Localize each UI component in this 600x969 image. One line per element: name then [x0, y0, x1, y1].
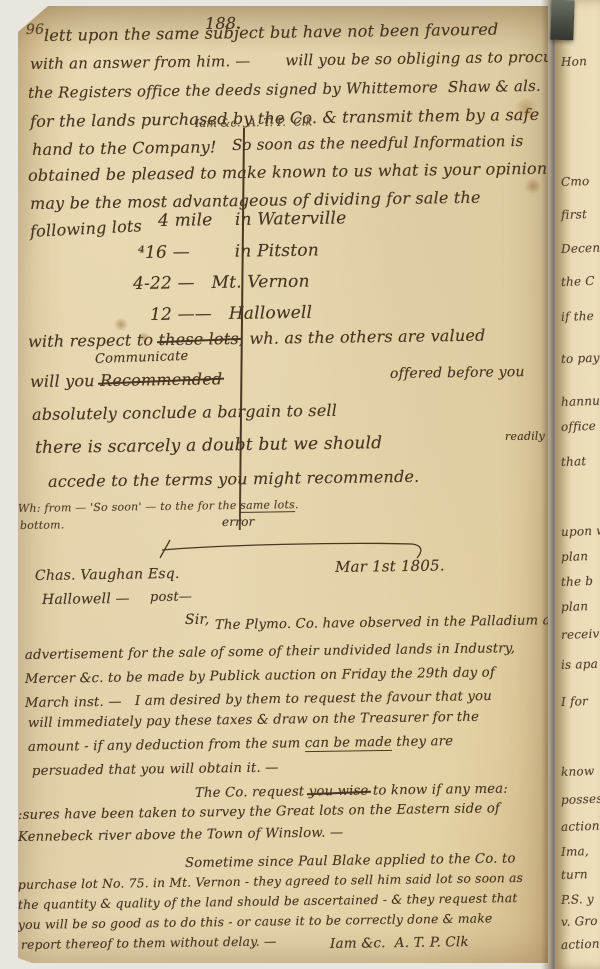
adjacent-page-fragment: receiv	[561, 627, 600, 642]
adjacent-page: HonCmofirstDecendethe Cif theto payhannu…	[556, 0, 600, 969]
manuscript-line: :sures have been taken to survey the Gre…	[18, 801, 500, 823]
paper-stain	[524, 178, 542, 194]
manuscript-line: I am desired by them to request the favo…	[135, 689, 492, 709]
letter-salutation: Sir,	[185, 612, 210, 628]
scanned-manuscript: 188. 96. lett upon the same subject but …	[0, 0, 600, 969]
letter-recipient: Chas. Vaughan Esq.	[35, 566, 180, 584]
adjacent-page-fragment: Decende	[561, 240, 600, 256]
adjacent-page-fragment: first	[561, 207, 587, 222]
manuscript-line: report thereof to them without delay. —	[21, 934, 277, 952]
adjacent-page-fragment: actions	[561, 818, 600, 834]
manuscript-line: persuaded that you will obtain it. —	[32, 761, 279, 779]
margin-note: bottom.	[20, 518, 65, 532]
adjacent-page-fragment: action	[561, 937, 600, 952]
adjacent-page-fragment: I for	[561, 694, 588, 709]
adjacent-page-fragment: that	[561, 454, 587, 469]
lot-entry: 4 mile in Waterville	[158, 208, 347, 231]
adjacent-page-fragment: know	[561, 764, 595, 779]
paper-stain	[113, 318, 129, 331]
adjacent-page-fragment: the b	[561, 574, 594, 589]
adjacent-page-fragment: plan	[561, 549, 589, 564]
manuscript-line: will you Recommended	[30, 369, 223, 391]
manuscript-line: The Co. request you wise to know if any …	[195, 782, 508, 801]
interlinear-correction: Communicate	[95, 349, 189, 367]
adjacent-page-fragment: hannu	[561, 394, 600, 409]
underlined-text: can be made	[305, 735, 392, 752]
superscript-word: readily	[505, 429, 545, 443]
adjacent-page-fragment: the C	[561, 274, 595, 289]
line-text: Wh: from — 'So soon' — to the for the	[18, 499, 240, 515]
manuscript-line: amount - if any deduction from the sum c…	[28, 734, 453, 755]
adjacent-page-fragment: Hon	[561, 54, 588, 69]
strikethrough-text: Recommended	[100, 369, 223, 390]
manuscript-line: the Registers office the deeds signed by…	[28, 77, 541, 102]
manuscript-line: with an answer from him. — will you be s…	[30, 47, 548, 73]
adjacent-page-fragment: Ima,	[561, 844, 589, 859]
letter-date: Mar 1st 1805.	[335, 556, 445, 576]
margin-note: Wh: from — 'So soon' — to the for the sa…	[18, 498, 299, 515]
adjacent-page-fragment: possess	[561, 791, 600, 807]
line-text: will you	[30, 371, 100, 391]
manuscript-line: with respect to these lots, wh. as the o…	[28, 326, 486, 351]
line-text: .	[295, 498, 299, 511]
manuscript-line: obtained be pleased to make known to us …	[28, 159, 548, 185]
manuscript-line: you will be so good as to do this - or c…	[18, 911, 492, 932]
manuscript-line: hand to the Company!	[32, 137, 217, 159]
manuscript-page: 188. 96. lett upon the same subject but …	[18, 6, 548, 963]
inserted-signature: Iam &c. A. T. P. Clk	[195, 115, 313, 130]
adjacent-page-fragment: P.S. y	[561, 892, 594, 907]
lot-entry: ⁴16 — in Pitston	[138, 240, 319, 263]
adjacent-page-fragment: to pay	[561, 351, 600, 366]
manuscript-line: absolutely conclude a bargain to sell	[32, 401, 337, 424]
adjacent-page-fragment: turn	[561, 867, 588, 882]
manuscript-line: the quantity & quality of the land shoul…	[18, 891, 518, 912]
strikethrough-text: you wise	[309, 784, 369, 800]
manuscript-line: March inst. —	[25, 695, 122, 711]
lot-entry: 4-22 — Mt. Vernon	[133, 272, 310, 294]
manuscript-line: Kennebeck river above the Town of Winslo…	[18, 825, 343, 845]
manuscript-line: there is scarcely a doubt but we should	[35, 433, 383, 458]
adjacent-page-fragment: is apa	[561, 657, 598, 672]
letter-place: Hallowell —	[42, 591, 130, 608]
manuscript-line: accede to the terms you might recommende…	[48, 467, 420, 491]
manuscript-line: Mercer &c. to be made by Publick auction…	[25, 665, 495, 687]
manuscript-line: offered before you	[390, 364, 525, 382]
lot-entry: 12 —— Hallowell	[150, 303, 312, 325]
manuscript-line: Sometime since Paul Blake applied to the…	[185, 851, 516, 871]
adjacent-page-fragment: office	[561, 419, 596, 434]
manuscript-line: advertisement for the sale of some of th…	[25, 641, 515, 663]
manuscript-line: will immediately pay these taxes & draw …	[28, 710, 479, 731]
letter-signature: Iam &c. A. T. P. Clk	[330, 934, 469, 952]
manuscript-line: So soon as the needful Information is	[232, 132, 524, 154]
bookmark-ribbon	[550, 0, 574, 40]
manuscript-line: The Plymo. Co. have observed in the Pall…	[215, 613, 548, 633]
line-text: to know if any mea:	[368, 782, 508, 799]
line-text: amount - if any deduction from the sum	[28, 736, 305, 755]
strikethrough-text: these lots	[158, 329, 239, 349]
adjacent-page-fragment: upon w	[561, 523, 600, 539]
line-text: The Co. request	[195, 784, 309, 801]
adjacent-page-fragment: plan	[561, 599, 589, 614]
line-text: they are	[392, 734, 453, 750]
line-text: , wh. as the others are valued	[239, 326, 486, 348]
manuscript-line: following lots	[30, 216, 143, 241]
underlined-text: same lots	[240, 498, 295, 513]
manuscript-line: purchase lot No. 75. in Mt. Vernon - the…	[18, 871, 523, 892]
adjacent-page-fragment: if the	[561, 309, 594, 324]
letter-post-note: post—	[150, 589, 192, 605]
adjacent-page-fragment: v. Gro	[561, 914, 598, 929]
adjacent-page-fragment: Cmo	[561, 174, 590, 189]
margin-note-error: error	[222, 515, 255, 529]
manuscript-line: lett upon the same subject but have not …	[44, 20, 499, 45]
line-text: with respect to	[28, 330, 159, 351]
